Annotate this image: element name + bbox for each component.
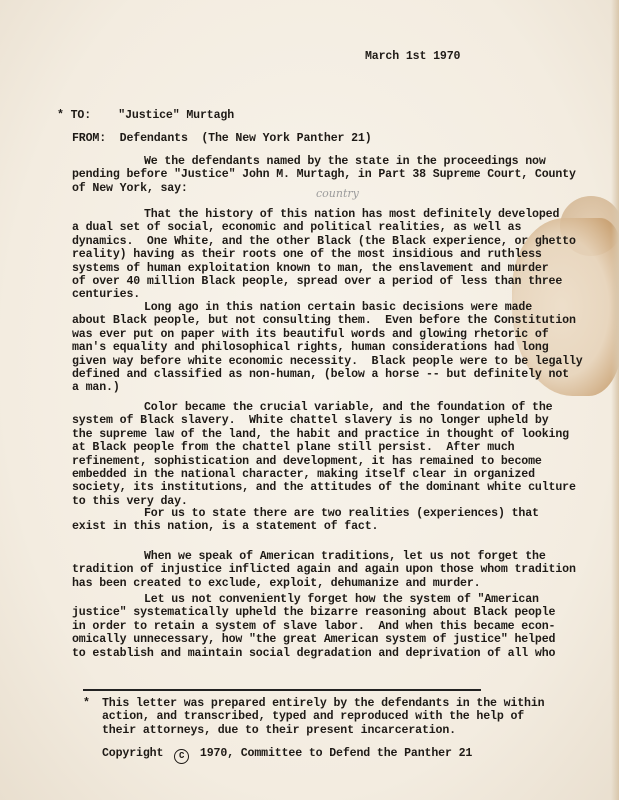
paragraph-line: centuries. (72, 288, 542, 301)
from-label: FROM: (72, 132, 106, 145)
paragraph-line: systems of human exploitation known to m… (72, 262, 542, 275)
paragraph-line: pending before "Justice" John M. Murtagh… (72, 168, 542, 181)
footnote-line: action, and transcribed, typed and repro… (102, 710, 544, 723)
paragraph-line: in order to retain a system of slave lab… (72, 620, 542, 633)
letter-date: March 1st 1970 (365, 49, 460, 65)
paragraph-line: For us to state there are two realities … (72, 507, 542, 520)
paragraph-line: exist in this nation, is a statement of … (72, 520, 542, 533)
paragraph-line: of New York, say: (72, 182, 542, 195)
paragraph-line: was ever put on paper with its beautiful… (72, 328, 542, 341)
paragraph: When we speak of American traditions, le… (72, 550, 542, 590)
paragraph-line: embedded in the national character, maki… (72, 468, 542, 481)
sender: Defendants (The New York Panther 21) (120, 132, 372, 145)
paragraph-line: of over 40 million Black people, spread … (72, 275, 542, 288)
paragraph-line: the supreme law of the land, the habit a… (72, 428, 542, 441)
paragraph-line: dynamics. One White, and the other Black… (72, 235, 542, 248)
paragraph-line: tradition of injustice inflicted again a… (72, 563, 542, 576)
paragraph-line: When we speak of American traditions, le… (72, 550, 542, 563)
paragraph-line: omically unnecessary, how "the great Ame… (72, 633, 542, 646)
recipient-line: * TO: "Justice" Murtagh (57, 108, 234, 124)
paragraph-line: to establish and maintain social degrada… (72, 647, 542, 660)
paragraph-line: about Black people, but not consulting t… (72, 314, 542, 327)
paragraph-line: society, its institutions, and the attit… (72, 481, 542, 494)
footnote-line: their attorneys, due to their present in… (102, 724, 544, 737)
copyright-line: Copyright C 1970, Committee to Defend th… (102, 747, 472, 764)
paragraph: Long ago in this nation certain basic de… (72, 301, 542, 395)
paragraph-line: a man.) (72, 381, 542, 394)
paragraph-line: Long ago in this nation certain basic de… (72, 301, 542, 314)
paper-edge (611, 0, 619, 800)
to-label: * TO: (57, 109, 91, 122)
paragraph: That the history of this nation has most… (72, 208, 542, 302)
paragraph-line: justice" systematically upheld the bizar… (72, 606, 542, 619)
recipient: "Justice" Murtagh (118, 109, 234, 122)
paragraph: We the defendants named by the state in … (72, 155, 542, 195)
paragraph-line: Let us not conveniently forget how the s… (72, 593, 542, 606)
paragraph: For us to state there are two realities … (72, 507, 542, 534)
paragraph-line: Color became the crucial variable, and t… (72, 401, 542, 414)
paragraph-line: We the defendants named by the state in … (72, 155, 542, 168)
copyright-prefix: Copyright (102, 747, 163, 760)
footnote-divider (83, 689, 481, 691)
footnote-text: This letter was prepared entirely by the… (83, 697, 544, 737)
paragraph: Color became the crucial variable, and t… (72, 401, 542, 508)
copyright-text: 1970, Committee to Defend the Panther 21 (200, 747, 472, 760)
sender-line: FROM: Defendants (The New York Panther 2… (72, 131, 372, 147)
paragraph-line: That the history of this nation has most… (72, 208, 542, 221)
paragraph-line: given way before white economic necessit… (72, 355, 542, 368)
paragraph-line: at Black people from the chattel plane s… (72, 441, 542, 454)
paragraph-line: has been created to exclude, exploit, de… (72, 577, 542, 590)
paragraph-line: a dual set of social, economic and polit… (72, 221, 542, 234)
footnote: * This letter was prepared entirely by t… (83, 697, 544, 737)
paragraph-line: system of Black slavery. White chattel s… (72, 414, 542, 427)
copyright-icon: C (174, 749, 189, 764)
paragraph-line: refinement, sophistication and developme… (72, 455, 542, 468)
paragraph-line: man's equality and philosophical rights,… (72, 341, 542, 354)
footnote-line: This letter was prepared entirely by the… (102, 697, 544, 710)
paragraph: Let us not conveniently forget how the s… (72, 593, 542, 660)
footnote-marker: * (83, 697, 90, 710)
paragraph-line: defined and classified as non-human, (be… (72, 368, 542, 381)
paragraph-line: reality) having as their roots one of th… (72, 248, 542, 261)
